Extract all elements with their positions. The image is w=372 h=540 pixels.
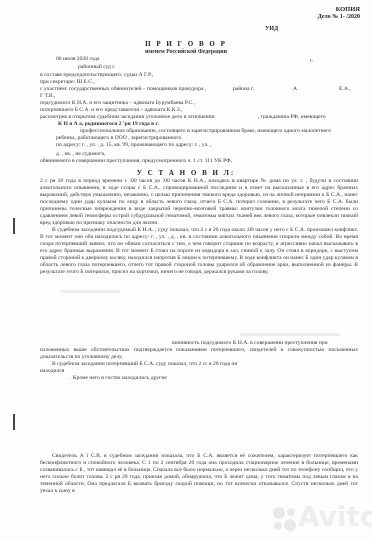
margin-mark	[13, 218, 15, 234]
defendant-name-line: К Н я А а, родившегося 2 'ря 19 года в г…	[58, 121, 159, 128]
established-heading: У С Т А Н О В И Л:	[0, 170, 372, 177]
guilt-paragraph: изложенных выше обстоятельствах подтверж…	[40, 347, 358, 361]
established-paragraph: 2 с ря 20 года в период времени с :00 ча…	[40, 178, 358, 227]
defendant-detail-0: профессиональное образование, состоящего…	[80, 128, 331, 135]
defendant-detail-1: ребенка, работающего в ООО , зарегистрир…	[56, 135, 181, 142]
guests-fragment: . Кроме него в гостях находились другие	[70, 375, 167, 382]
charge-line: обвиняемого в совершении преступления, п…	[40, 158, 232, 165]
intro-line-judge: в составе председательствующего: судьи А…	[40, 72, 153, 79]
defendant-testimony: В судебном заседании подсудимый К Н.А. ,…	[40, 227, 358, 276]
document-subtitle: именем Российской Федерации	[0, 49, 372, 56]
verdict-date: 06 июля 2020 года	[56, 56, 100, 63]
case-number: Дело № 1- /2020	[318, 14, 360, 21]
city-label: г.	[310, 58, 313, 65]
victim-location: находился	[40, 368, 64, 375]
prosecutor-initial: А	[293, 86, 297, 93]
prosecutor-name: Е.А.,	[339, 86, 351, 93]
copy-stamp: КОПИЯ	[336, 6, 360, 13]
defendant-detail-3: д. , кв. , не судимого,	[56, 151, 106, 158]
guilt-fragment: виновность подсудимого К Н.А. в совершен…	[172, 340, 328, 347]
redaction-mark	[240, 333, 340, 336]
citizenship-fragment: , гражданина РФ, имеющего	[258, 114, 326, 121]
intro-line-defendant: подсудимого К Н.А. и его защитника – адв…	[40, 100, 195, 107]
intro-line-secretary: при секретаре: Ш Е.С.,	[40, 79, 95, 86]
document-title: П Р И Г О В О Р	[0, 41, 372, 48]
court-name: районный суд г.	[78, 64, 115, 71]
defendant-detail-2: по адресу: г. , ул. , д. 15, кв. 99, про…	[56, 142, 211, 149]
intro-line-considered: рассмотрев в открытом судебном заседании…	[40, 114, 215, 121]
intro-line-prosecutors: с участием: государственных обвинителей …	[40, 86, 206, 93]
prosecutor-district: района г.	[233, 86, 254, 93]
uid-label: УИД	[265, 26, 278, 33]
avito-watermark: Avito	[298, 500, 372, 533]
intro-line-victim: потерпевшего Б С.А. и его представителя …	[40, 107, 183, 114]
witness-testimony: Свидетель А ї С.В. в судебном заседании …	[40, 453, 358, 495]
margin-mark	[13, 414, 15, 430]
redaction-mark	[60, 290, 120, 293]
victim-testimony: В судебном заседании потерпевший Б С.А. …	[40, 361, 358, 368]
document-page: КОПИЯ Дело № 1- /2020 УИД П Р И Г О В О …	[0, 0, 372, 540]
intro-line-prosecutor2: Г Т.В.,	[40, 93, 55, 100]
avito-logo-icon	[270, 504, 300, 534]
